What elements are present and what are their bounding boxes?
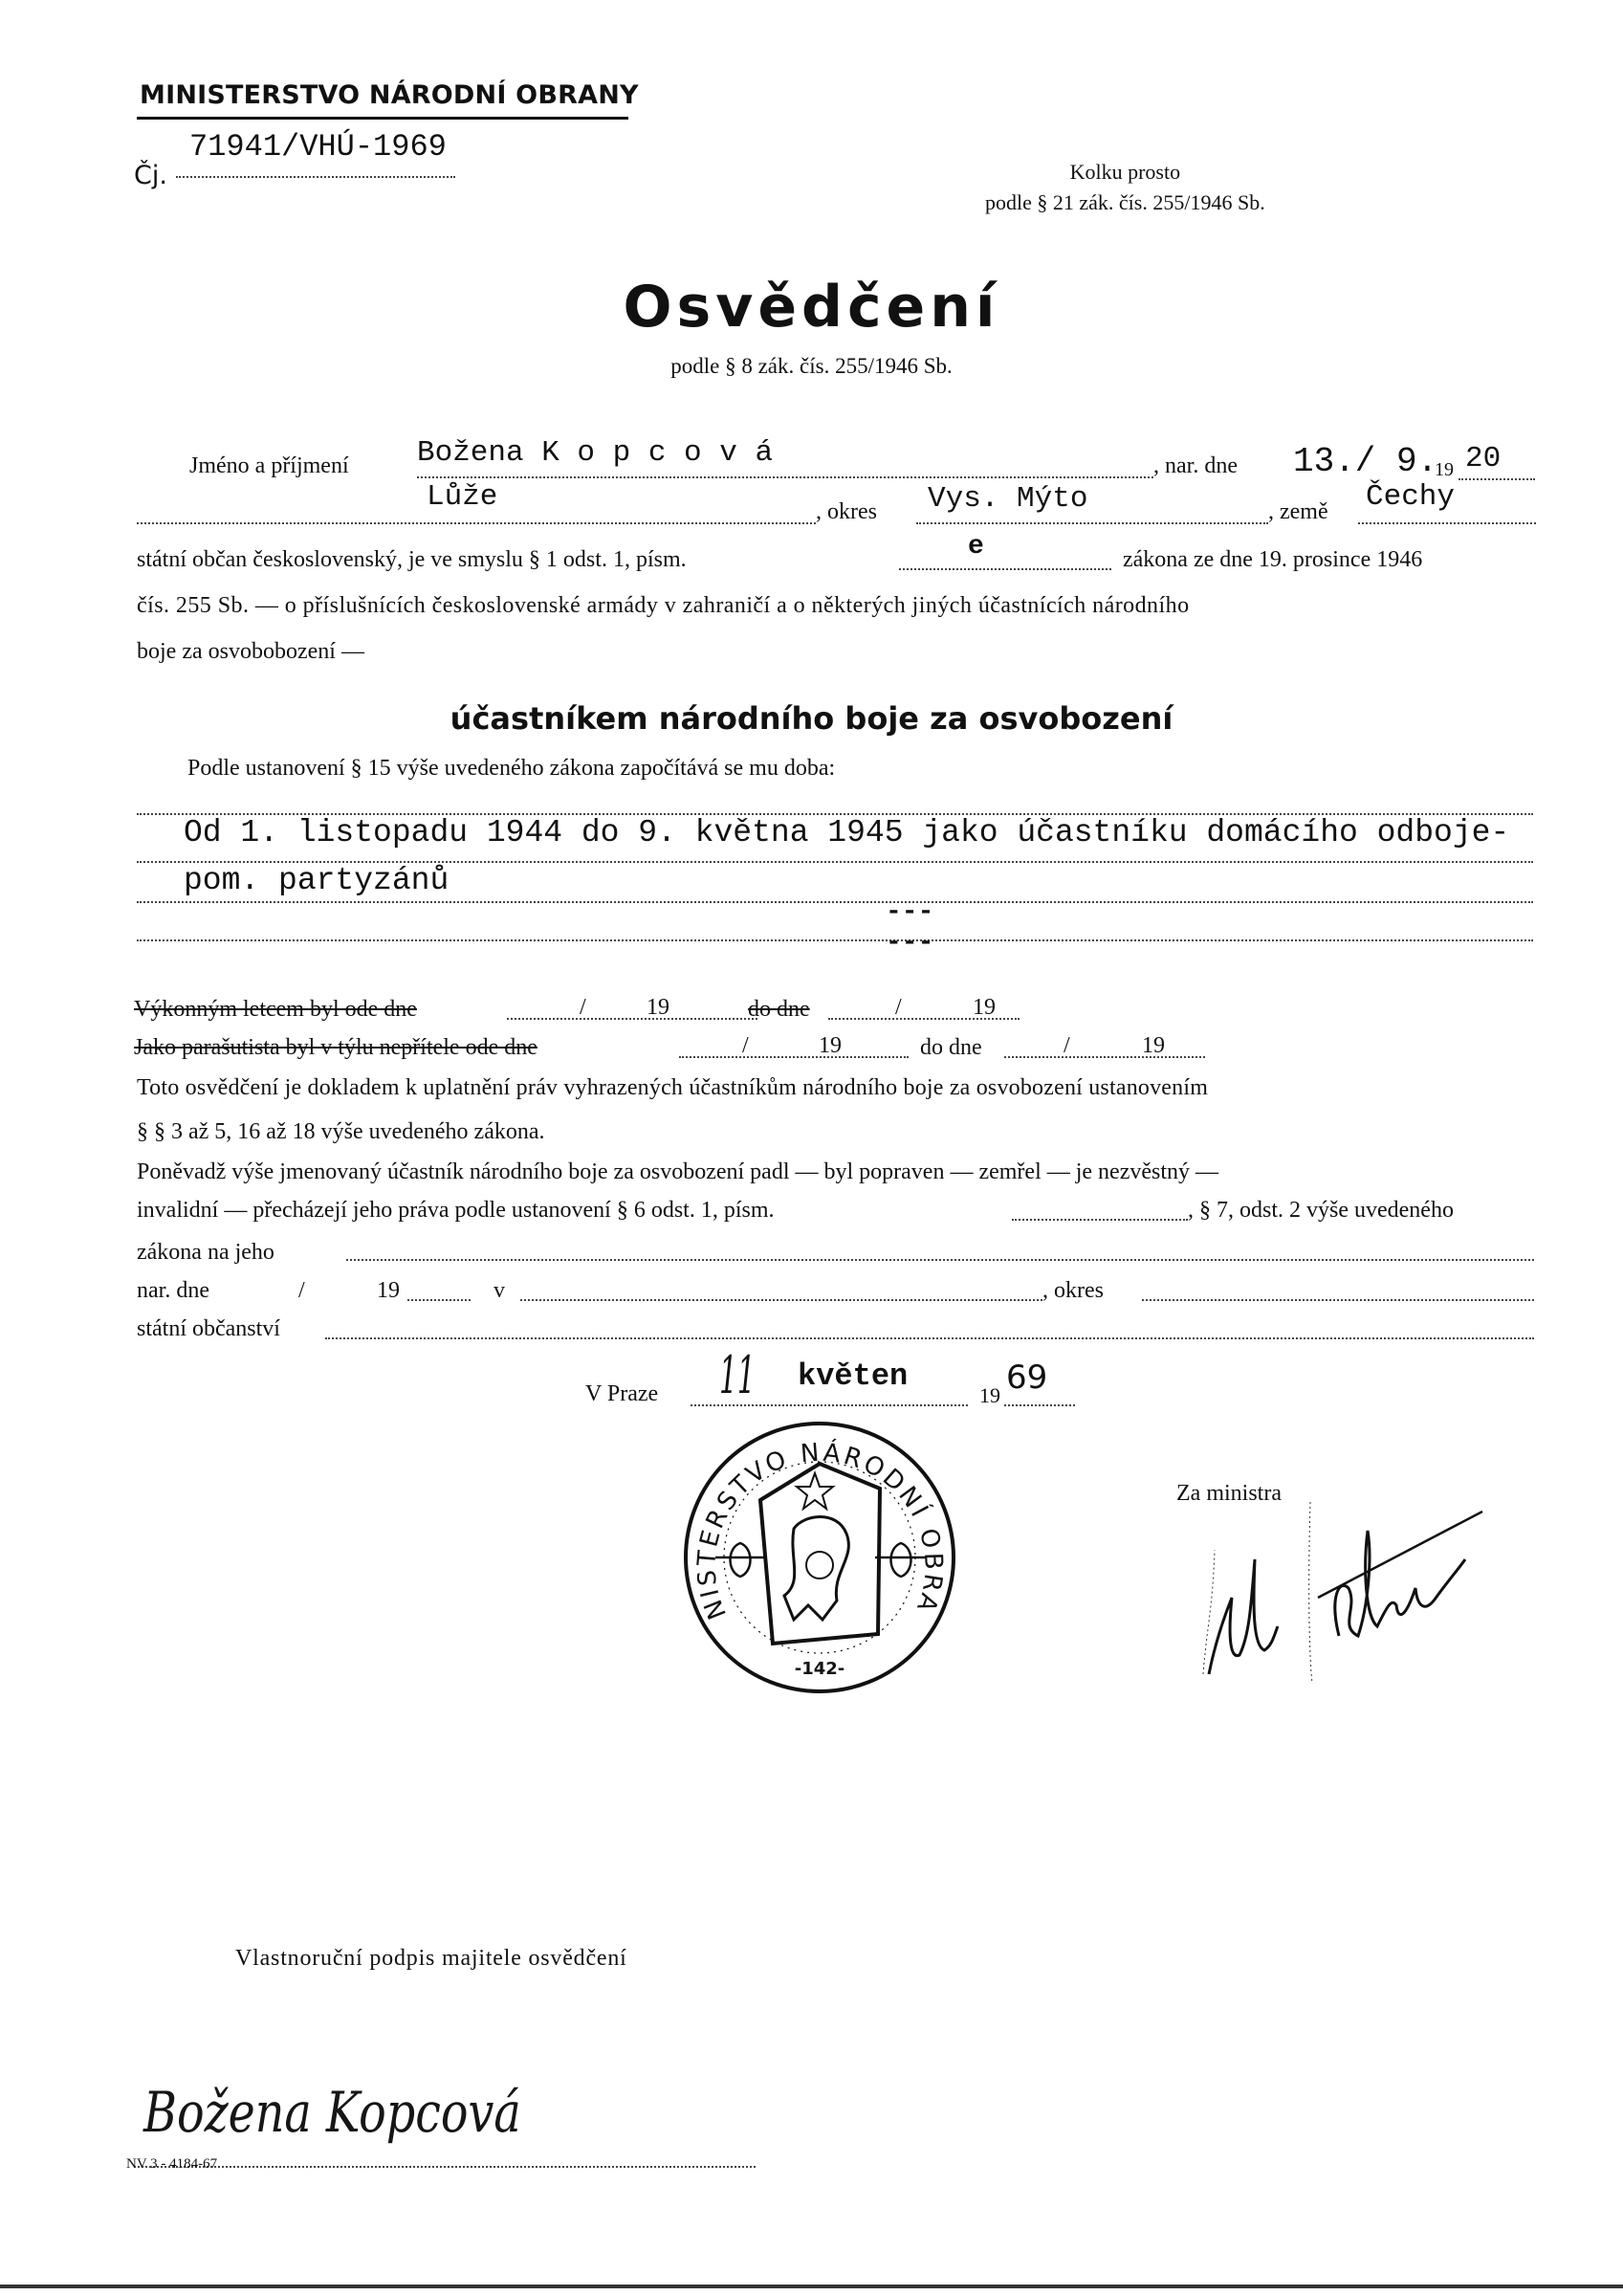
period-line1: Od 1. listopadu 1944 do 9. května 1945 j… (184, 815, 1509, 850)
heir-year-dotted-line (407, 1299, 471, 1301)
ministry-seal: MINISTERSTVO NÁRODNÍ OBRANY -142- (669, 1414, 971, 1701)
rights-letter-dotted-line (1012, 1219, 1188, 1221)
airman-from-slash: / (580, 995, 586, 1021)
birth-year-prefix: 19 (1435, 459, 1454, 481)
period-line2: pom. partyzánů (184, 863, 449, 898)
birthplace-dotted-line (137, 522, 816, 524)
citizen-text-line3: boje za osvobobození — (137, 639, 364, 665)
airman-to-label: do dne (748, 997, 810, 1023)
reference-label: Čj. (134, 161, 167, 190)
issue-year-dotted-line (1004, 1404, 1075, 1406)
stamp-note-line1: Kolku prosto (985, 157, 1265, 188)
parachutist-from-slash: / (742, 1033, 749, 1059)
parachutist-label: Jako parašutista byl v týlu nepřítele od… (134, 1035, 537, 1061)
reference-dotted-line (176, 176, 455, 178)
citizen-text-line2: čís. 255 Sb. — o příslušnících českoslov… (137, 593, 1190, 619)
parachutist-from-year: 19 (819, 1033, 842, 1059)
rights-line3: Poněvadž výše jmenovaný účastník národní… (137, 1159, 1218, 1185)
country-dotted-line (1358, 522, 1536, 524)
holder-signature-label: Vlastnoruční podpis majitele osvědčení (235, 1946, 627, 1972)
district-dotted-line (916, 522, 1268, 524)
country-label: , země (1268, 499, 1328, 525)
airman-label: Výkonným letcem byl ode dne (134, 997, 417, 1023)
letter-value: e (968, 532, 984, 562)
rights-line5: zákona na jeho (137, 1240, 274, 1266)
scan-edge-line (0, 2285, 1623, 2288)
parachutist-from-dotted-line (679, 1056, 909, 1058)
name-value: Božena K o p c o v á (417, 436, 773, 470)
heir-place-label: v (493, 1278, 505, 1304)
minister-signature (1195, 1492, 1521, 1703)
parachutist-to-label: do dne (920, 1035, 982, 1061)
heir-birth-slash: / (298, 1278, 305, 1304)
parachutist-to-year: 19 (1142, 1033, 1165, 1059)
country-value: Čechy (1366, 480, 1455, 514)
rights-line4b: , § 7, odst. 2 výše uvedeného (1188, 1198, 1454, 1224)
parachutist-to-slash: / (1064, 1033, 1070, 1059)
heir-place-dotted-line (520, 1299, 1042, 1301)
heir-citizenship-label: státní občanství (137, 1316, 280, 1342)
district-value: Vys. Mýto (928, 482, 1087, 516)
heir-district-label: , okres (1042, 1278, 1104, 1304)
citizen-text-line1a: státní občan československý, je ve smysl… (137, 547, 687, 573)
period-dotted-line-3 (137, 901, 1533, 903)
lion-icon (784, 1517, 848, 1621)
birth-date-value: 13./ 9. (1293, 442, 1437, 481)
heir-citizenship-dotted-line (325, 1337, 1534, 1339)
birthplace-value: Lůže (427, 480, 497, 514)
name-label: Jméno a příjmení (189, 453, 349, 479)
heir-dotted-line (346, 1259, 1534, 1261)
rights-line2: § § 3 až 5, 16 až 18 výše uvedeného záko… (137, 1119, 545, 1145)
period-dotted-line-4 (137, 939, 1533, 941)
document-subtitle: podle § 8 zák. čís. 255/1946 Sb. (0, 354, 1623, 379)
stamp-note-line2: podle § 21 zák. čís. 255/1946 Sb. (985, 188, 1265, 218)
heir-birth-year: 19 (377, 1278, 400, 1304)
district-label: , okres (816, 499, 877, 525)
heir-birth-label: nar. dne (137, 1278, 209, 1304)
airman-from-dotted-line (507, 1018, 757, 1020)
period-dash-2: --- (886, 928, 933, 958)
issue-month-value: květen (798, 1358, 908, 1394)
star-icon (797, 1473, 833, 1509)
period-intro: Podle ustanovení § 15 výše uvedeného zák… (187, 756, 835, 782)
holder-signature: Božena Kopcová (143, 2080, 521, 2145)
airman-to-year: 19 (973, 995, 996, 1021)
birth-date-label: , nar. dne (1153, 453, 1238, 479)
holder-signature-dotted-line (134, 2166, 756, 2168)
birth-year-dotted-line (1459, 478, 1535, 480)
airman-from-year: 19 (647, 995, 669, 1021)
form-code: NV 3 - 4184-67 (126, 2156, 217, 2173)
seal-number: -142- (795, 1659, 845, 1679)
parachutist-to-dotted-line (1004, 1056, 1205, 1058)
birth-year-value: 20 (1465, 442, 1501, 475)
status-heading: účastníkem národního boje za osvobození (0, 700, 1623, 737)
issue-year-value: 69 (1006, 1358, 1047, 1397)
heir-district-dotted-line (1142, 1299, 1534, 1301)
issue-year-prefix: 19 (979, 1383, 1000, 1408)
rights-line4a: invalidní — přecházejí jeho práva podle … (137, 1198, 775, 1224)
stamp-exemption-note: Kolku prosto podle § 21 zák. čís. 255/19… (985, 157, 1265, 218)
name-dotted-line (417, 476, 1153, 478)
ministry-heading: MINISTERSTVO NÁRODNÍ OBRANY (140, 80, 639, 110)
letter-dotted-line (899, 568, 1111, 570)
issue-place-label: V Praze (585, 1381, 658, 1407)
airman-to-slash: / (895, 995, 902, 1021)
citizen-text-line1b: zákona ze dne 19. prosince 1946 (1123, 547, 1422, 573)
issue-day-value: 11 (719, 1345, 756, 1405)
ministry-underline (137, 117, 628, 120)
period-dash-1: --- (886, 897, 933, 927)
document-title: Osvědčení (0, 274, 1623, 341)
rights-line1: Toto osvědčení je dokladem k uplatnění p… (137, 1075, 1208, 1101)
reference-number: 71941/VHÚ-1969 (189, 129, 447, 165)
